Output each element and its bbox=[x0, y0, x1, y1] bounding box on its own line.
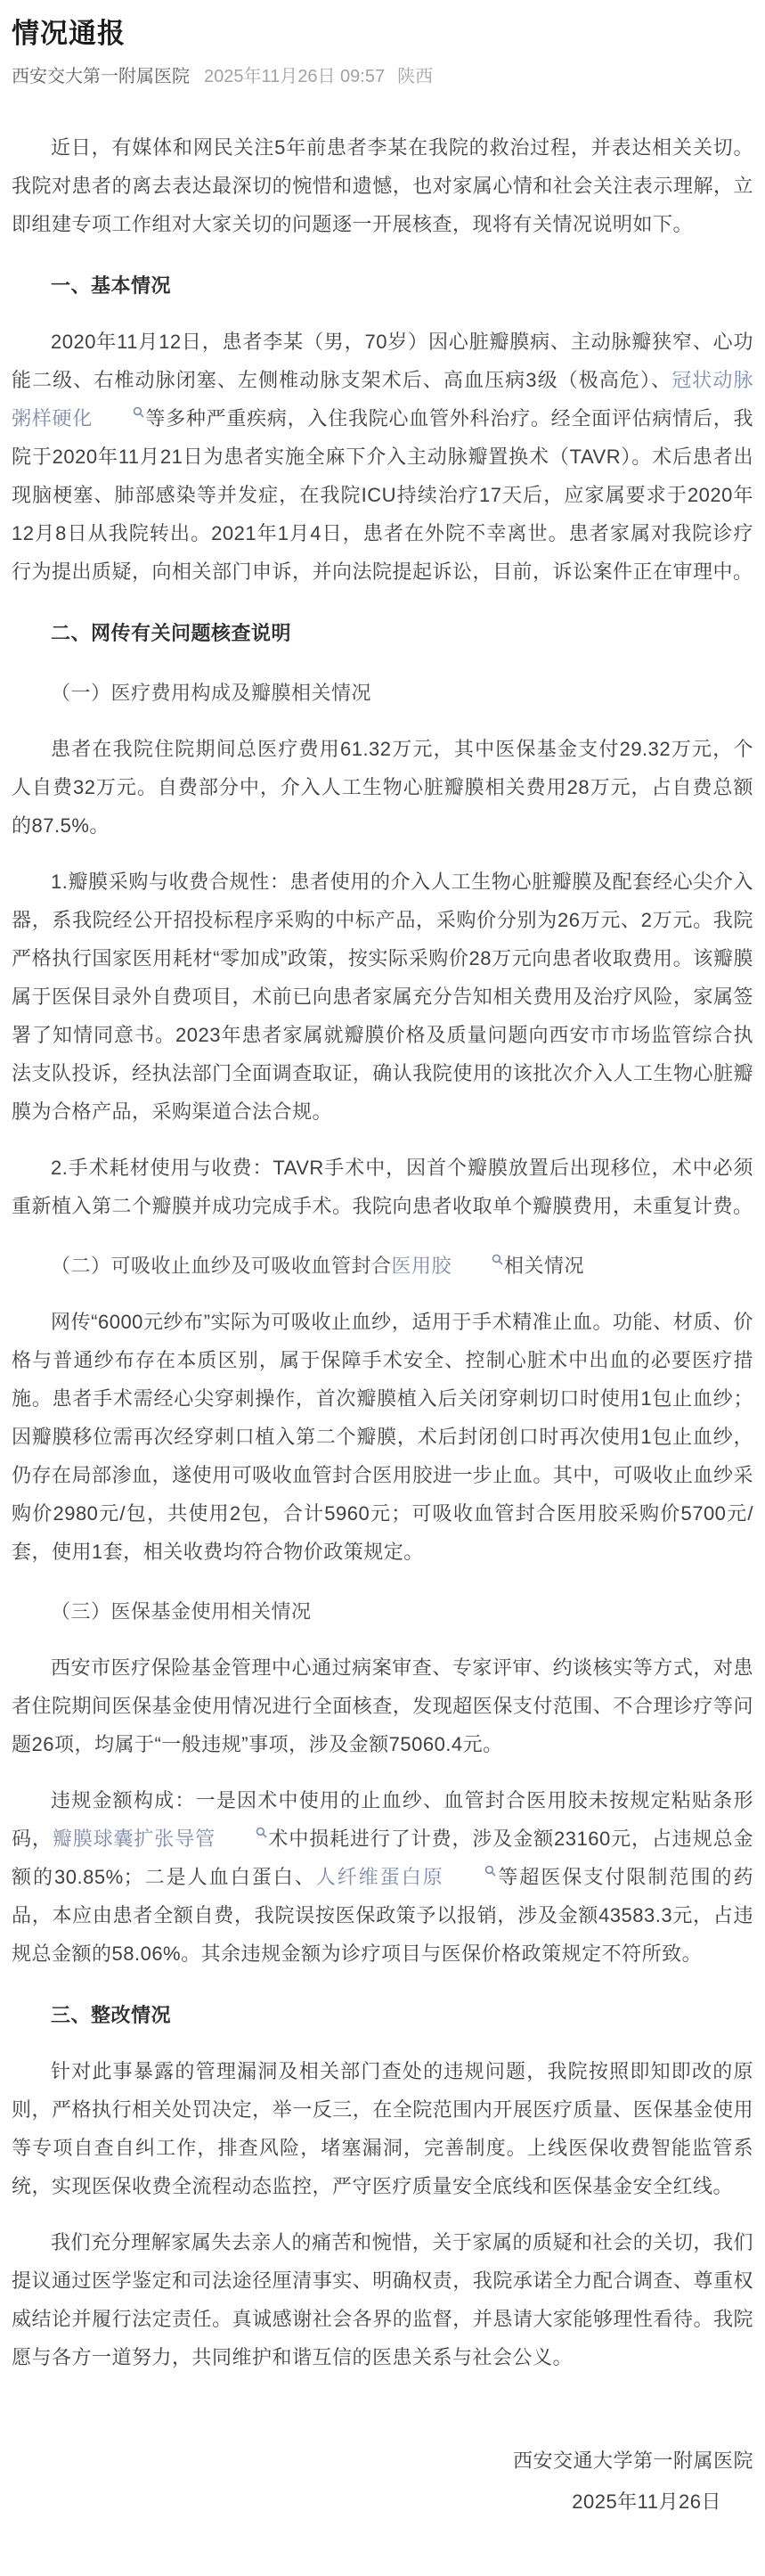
paragraph: 患者在我院住院期间总医疗费用61.32万元，其中医保基金支付29.32万元，个人… bbox=[12, 730, 753, 845]
sub-heading: （二）可吸收止血纱及可吸收血管封合医用胶相关情况 bbox=[12, 1247, 753, 1285]
paragraph: 我们充分理解家属失去亲人的痛苦和惋惜，关于家属的质疑和社会的关切，我们提议通过医… bbox=[12, 2223, 753, 2376]
paragraph: 2.手术耗材使用与收费：TAVR手术中，因首个瓣膜放置后出现移位，术中必须重新植… bbox=[12, 1149, 753, 1225]
text-run: 患者在我院住院期间总医疗费用61.32万元，其中医保基金支付29.32万元，个人… bbox=[12, 738, 753, 837]
article-body: 近日，有媒体和网民关注5年前患者李某在我院的救治过程，并表达相关关切。我院对患者… bbox=[12, 128, 753, 2376]
paragraph: 针对此事暴露的管理漏洞及相关部门查处的违规问题，我院按照即知即改的原则，严格执行… bbox=[12, 2052, 753, 2205]
search-icon[interactable] bbox=[445, 1865, 496, 1877]
text-run: 1.瓣膜采购与收费合规性：患者使用的介入人工生物心脏瓣膜及配套经心尖介入器，系我… bbox=[12, 871, 753, 1123]
search-icon[interactable] bbox=[94, 406, 144, 418]
section-heading: 一、基本情况 bbox=[12, 266, 753, 305]
text-run: 等多种严重疾病，入住我院心血管外科治疗。经全面评估病情后，我院于2020年11月… bbox=[12, 407, 753, 583]
author-name[interactable]: 西安交大第一附属医院 bbox=[12, 67, 190, 86]
entity-link[interactable]: 人纤维蛋白原 bbox=[316, 1866, 497, 1888]
text-run: 针对此事暴露的管理漏洞及相关部门查处的违规问题，我院按照即知即改的原则，严格执行… bbox=[12, 2060, 753, 2197]
text-run: 我们充分理解家属失去亲人的痛苦和惋惜，关于家属的质疑和社会的关切，我们提议通过医… bbox=[12, 2231, 753, 2368]
section-heading: 三、整改情况 bbox=[12, 1996, 753, 2034]
publish-region: 陕西 bbox=[397, 67, 433, 86]
article-page: 情况通报 西安交大第一附属医院2025年11月26日 09:57陕西 近日，有媒… bbox=[0, 0, 765, 2576]
article-meta: 西安交大第一附属医院2025年11月26日 09:57陕西 bbox=[12, 64, 753, 89]
text-run: 网传“6000元纱布”实际为可吸收止血纱，适用于手术精准止血。功能、材质、价格与… bbox=[12, 1311, 753, 1563]
paragraph: 西安市医疗保险基金管理中心通过病案审查、专家评审、约谈核实等方式，对患者住院期间… bbox=[12, 1648, 753, 1763]
text-run: （三）医保基金使用相关情况 bbox=[51, 1600, 312, 1623]
text-run: 2.手术耗材使用与收费：TAVR手术中，因首个瓣膜放置后出现移位，术中必须重新植… bbox=[12, 1157, 753, 1217]
page-title: 情况通报 bbox=[12, 16, 753, 52]
sub-heading: （一）医疗费用构成及瓣膜相关情况 bbox=[12, 674, 753, 712]
search-icon[interactable] bbox=[452, 1254, 503, 1265]
text-run: 西安市医疗保险基金管理中心通过病案审查、专家评审、约谈核实等方式，对患者住院期间… bbox=[12, 1656, 753, 1755]
text-run: 近日，有媒体和网民关注5年前患者李某在我院的救治过程，并表达相关关切。我院对患者… bbox=[12, 136, 753, 235]
sub-heading: （三）医保基金使用相关情况 bbox=[12, 1592, 753, 1631]
text-run: （二）可吸收止血纱及可吸收血管封合 bbox=[51, 1255, 392, 1277]
search-icon[interactable] bbox=[216, 1827, 267, 1838]
publish-time: 2025年11月26日 09:57 bbox=[204, 67, 385, 86]
section-heading: 二、网传有关问题核查说明 bbox=[12, 614, 753, 652]
signature-date: 2025年11月26日 bbox=[12, 2482, 753, 2523]
text-run: 三、整改情况 bbox=[51, 2004, 171, 2026]
text-run: 相关情况 bbox=[504, 1255, 584, 1277]
paragraph: 近日，有媒体和网民关注5年前患者李某在我院的救治过程，并表达相关关切。我院对患者… bbox=[12, 128, 753, 243]
text-run: 二、网传有关问题核查说明 bbox=[51, 622, 291, 644]
entity-link[interactable]: 医用胶 bbox=[392, 1255, 505, 1277]
paragraph: 违规金额构成：一是因术中使用的止血纱、血管封合医用胶未按规定粘贴条形码，瓣膜球囊… bbox=[12, 1781, 753, 1973]
signature-org: 西安交通大学第一附属医院 bbox=[12, 2441, 753, 2482]
text-run: 2020年11月12日，患者李某（男，70岁）因心脏瓣膜病、主动脉瓣狭窄、心功能… bbox=[12, 331, 753, 391]
paragraph: 网传“6000元纱布”实际为可吸收止血纱，适用于手术精准止血。功能、材质、价格与… bbox=[12, 1303, 753, 1571]
paragraph: 2020年11月12日，患者李某（男，70岁）因心脏瓣膜病、主动脉瓣狭窄、心功能… bbox=[12, 323, 753, 591]
entity-link[interactable]: 瓣膜球囊扩张导管 bbox=[53, 1828, 268, 1850]
signature-block: 西安交通大学第一附属医院 2025年11月26日 bbox=[12, 2441, 753, 2523]
paragraph: 1.瓣膜采购与收费合规性：患者使用的介入人工生物心脏瓣膜及配套经心尖介入器，系我… bbox=[12, 863, 753, 1131]
text-run: 一、基本情况 bbox=[51, 274, 171, 297]
text-run: （一）医疗费用构成及瓣膜相关情况 bbox=[51, 682, 371, 704]
